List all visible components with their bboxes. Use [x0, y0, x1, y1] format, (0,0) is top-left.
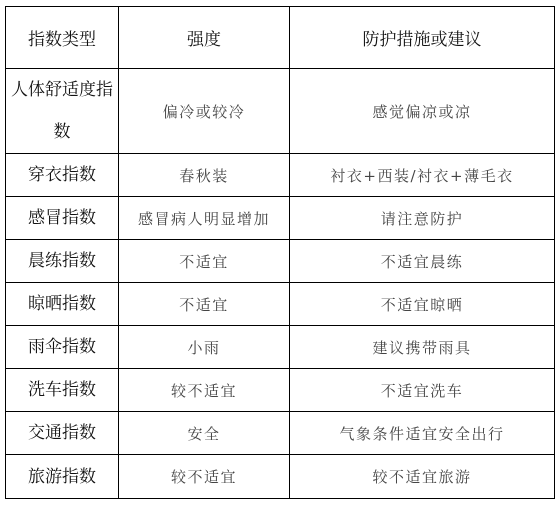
- index-type-cell: 穿衣指数: [6, 154, 119, 197]
- advice-cell: 不适宜晾晒: [290, 283, 555, 326]
- advice-cell: 请注意防护: [290, 197, 555, 240]
- index-type-cell: 雨伞指数: [6, 326, 119, 369]
- index-type-cell: 交通指数: [6, 412, 119, 455]
- table-row: 洗车指数 较不适宜 不适宜洗车: [6, 369, 555, 412]
- index-type-cell: 晨练指数: [6, 240, 119, 283]
- index-type-cell: 晾晒指数: [6, 283, 119, 326]
- strength-cell: 较不适宜: [119, 455, 290, 499]
- header-strength: 强度: [119, 7, 290, 69]
- index-type-cell: 人体舒适度指数: [6, 69, 119, 154]
- table-row: 旅游指数 较不适宜 较不适宜旅游: [6, 455, 555, 499]
- advice-cell: 衬衣+西装/衬衣+薄毛衣: [290, 154, 555, 197]
- strength-cell: 小雨: [119, 326, 290, 369]
- index-type-cell: 洗车指数: [6, 369, 119, 412]
- strength-cell: 较不适宜: [119, 369, 290, 412]
- strength-cell: 不适宜: [119, 240, 290, 283]
- strength-cell: 安全: [119, 412, 290, 455]
- index-type-cell: 旅游指数: [6, 455, 119, 499]
- advice-cell: 建议携带雨具: [290, 326, 555, 369]
- header-row: 指数类型 强度 防护措施或建议: [6, 7, 555, 69]
- table-row: 晾晒指数 不适宜 不适宜晾晒: [6, 283, 555, 326]
- table-row: 雨伞指数 小雨 建议携带雨具: [6, 326, 555, 369]
- strength-cell: 偏冷或较冷: [119, 69, 290, 154]
- strength-cell: 春秋装: [119, 154, 290, 197]
- table-row: 人体舒适度指数 偏冷或较冷 感觉偏凉或凉: [6, 69, 555, 154]
- strength-cell: 不适宜: [119, 283, 290, 326]
- advice-cell: 不适宜晨练: [290, 240, 555, 283]
- strength-cell: 感冒病人明显增加: [119, 197, 290, 240]
- advice-cell: 感觉偏凉或凉: [290, 69, 555, 154]
- table-row: 感冒指数 感冒病人明显增加 请注意防护: [6, 197, 555, 240]
- table-row: 晨练指数 不适宜 不适宜晨练: [6, 240, 555, 283]
- table-row: 穿衣指数 春秋装 衬衣+西装/衬衣+薄毛衣: [6, 154, 555, 197]
- advice-cell: 气象条件适宜安全出行: [290, 412, 555, 455]
- weather-index-table: 指数类型 强度 防护措施或建议 人体舒适度指数 偏冷或较冷 感觉偏凉或凉 穿衣指…: [5, 6, 555, 499]
- header-index-type: 指数类型: [6, 7, 119, 69]
- advice-cell: 不适宜洗车: [290, 369, 555, 412]
- header-advice: 防护措施或建议: [290, 7, 555, 69]
- index-type-cell: 感冒指数: [6, 197, 119, 240]
- advice-cell: 较不适宜旅游: [290, 455, 555, 499]
- table-row: 交通指数 安全 气象条件适宜安全出行: [6, 412, 555, 455]
